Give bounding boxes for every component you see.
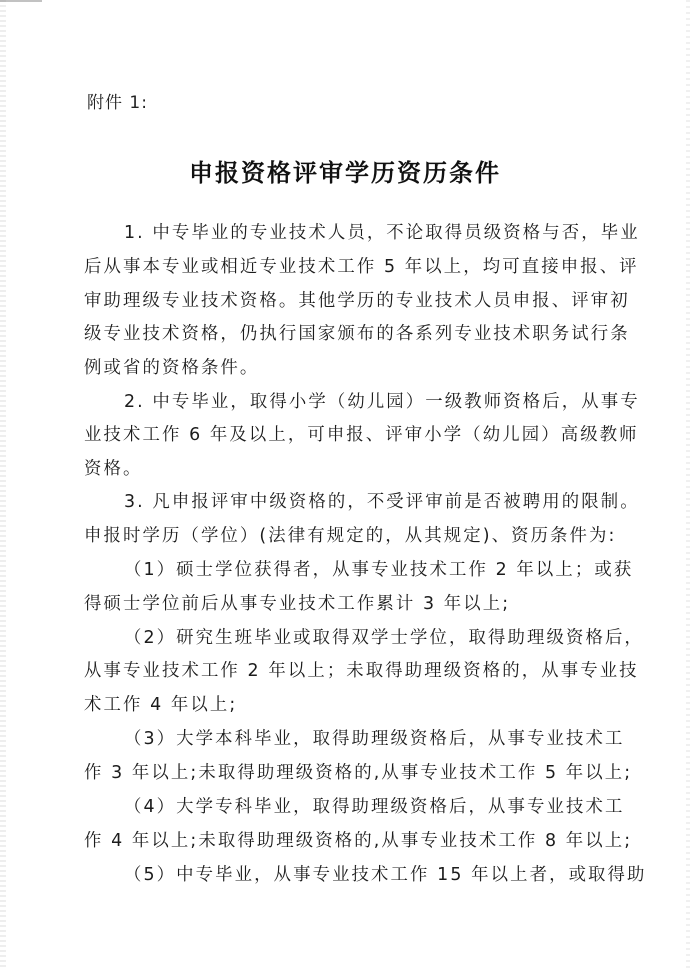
body-line: 审助理级专业技术资格。其他学历的专业技术人员申报、评审初: [84, 290, 644, 312]
scan-edge-right: [686, 0, 690, 969]
body-line: 术工作 4 年以上;: [84, 694, 644, 716]
body-line: （5）中专毕业，从事专业技术工作 15 年以上者，或取得助: [124, 864, 644, 886]
scan-artifact: [0, 0, 42, 2]
scan-edge-left: [0, 0, 6, 969]
body-line: （3）大学本科毕业，取得助理级资格后，从事专业技术工: [124, 728, 644, 750]
body-line: （4）大学专科毕业，取得助理级资格后，从事专业技术工: [124, 796, 644, 818]
body-line: 例或省的资格条件。: [84, 357, 644, 379]
body-line: 后从事本专业或相近专业技术工作 5 年以上，均可直接申报、评: [84, 256, 644, 278]
body-line: 得硕士学位前后从事专业技术工作累计 3 年以上;: [84, 593, 644, 615]
body-line: 作 3 年以上;未取得助理级资格的,从事专业技术工作 5 年以上;: [84, 762, 644, 784]
body-line: （1）硕士学位获得者，从事专业技术工作 2 年以上；或获: [124, 559, 644, 581]
body-line: 2. 中专毕业，取得小学（幼儿园）一级教师资格后，从事专: [124, 391, 644, 413]
body-line: 3. 凡申报评审中级资格的，不受评审前是否被聘用的限制。: [124, 491, 644, 513]
body-line: 业技术工作 6 年及以上，可申报、评审小学（幼儿园）高级教师: [84, 424, 644, 446]
body-line: 从事专业技术工作 2 年以上；未取得助理级资格的，从事专业技: [84, 660, 644, 682]
attachment-label: 附件 1:: [87, 88, 148, 113]
body-line: （2）研究生班毕业或取得双学士学位，取得助理级资格后，: [124, 627, 644, 649]
body-line: 级专业技术资格，仍执行国家颁布的各系列专业技术职务试行条: [84, 323, 644, 345]
body-line: 1. 中专毕业的专业技术人员，不论取得员级资格与否，毕业: [124, 222, 644, 244]
body-line: 资格。: [84, 458, 644, 480]
body-line: 申报时学历（学位）(法律有规定的，从其规定)、资历条件为:: [84, 525, 644, 547]
body-line: 作 4 年以上;未取得助理级资格的,从事专业技术工作 8 年以上;: [84, 830, 644, 852]
document-title: 申报资格评审学历资历条件: [0, 153, 690, 188]
